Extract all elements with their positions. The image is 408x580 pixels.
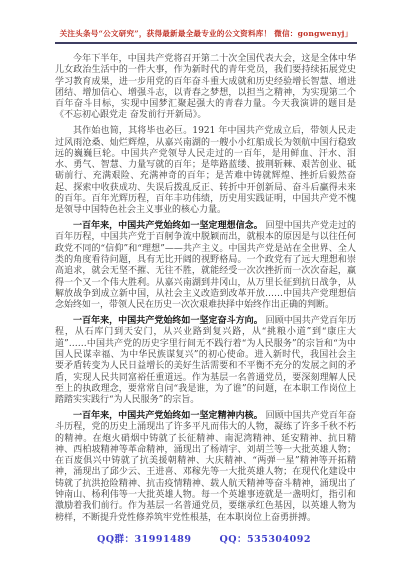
- paragraph-spirit: 一百年来，中国共产党始终如一坚定精神内核。 回顾中国共产党百年奋斗历程，党的历史…: [55, 411, 356, 524]
- paragraph-heading: 一百年来，中国共产党始终如一坚定精神内核。: [73, 411, 263, 421]
- paragraph-text: 回顾中国共产党百年奋斗历程，党的历史上涌现出了许多平凡而伟大的人物，凝练了许多千…: [55, 411, 356, 523]
- paragraph-intro: 今年下半年，中国共产党将召开第二十次全国代表大会，这是全体中华儿女政治生活中的一…: [55, 54, 356, 122]
- header-notice: 关注头条号“公文研究”，获得最新最全最专业的公文资料库！ 微信：gongweny…: [55, 28, 357, 44]
- document-page: 关注头条号“公文研究”，获得最新最全最专业的公文资料库！ 微信：gongweny…: [0, 0, 408, 580]
- paragraph-direction: 一百年来，中国共产党始终如一坚定奋斗方向。 回顾中国共产党百年历程，从石库门到天…: [55, 316, 356, 406]
- document-body: 今年下半年，中国共产党将召开第二十次全国代表大会，这是全体中华儿女政治生活中的一…: [55, 54, 356, 528]
- footer-contact: QQ群：31991489QQ：535304092: [0, 531, 408, 545]
- footer-qq: QQ：535304092: [219, 534, 311, 545]
- paragraph-ideals: 一百年来，中国共产党始终如一坚定理想信念。 回望中国共产党走过的百年历程，中国共…: [55, 221, 356, 311]
- paragraph-history: 其作始也简，其将毕也必巨。1921 年中国共产党成立后，带领人民走过风雨沧桑、灿…: [55, 126, 356, 216]
- paragraph-text: 回顾中国共产党百年历程，从石库门到天安门，从兴业路到复兴路，从“挑粮小道”到“康…: [55, 316, 356, 405]
- paragraph-heading: 一百年来，中国共产党始终如一坚定理想信念。: [73, 221, 263, 231]
- paragraph-text: 今年下半年，中国共产党将召开第二十次全国代表大会，这是全体中华儿女政治生活中的一…: [55, 54, 356, 120]
- footer-qq-group: QQ群：31991489: [97, 534, 191, 545]
- paragraph-text: 其作始也简，其将毕也必巨。1921 年中国共产党成立后，带领人民走过风雨沧桑、灿…: [55, 126, 356, 215]
- paragraph-heading: 一百年来，中国共产党始终如一坚定奋斗方向。: [73, 316, 263, 326]
- paragraph-text: 回望中国共产党走过的百年历程，中国共产党于百舸争流中脱颖而出，就根本的原因是与以…: [55, 221, 356, 310]
